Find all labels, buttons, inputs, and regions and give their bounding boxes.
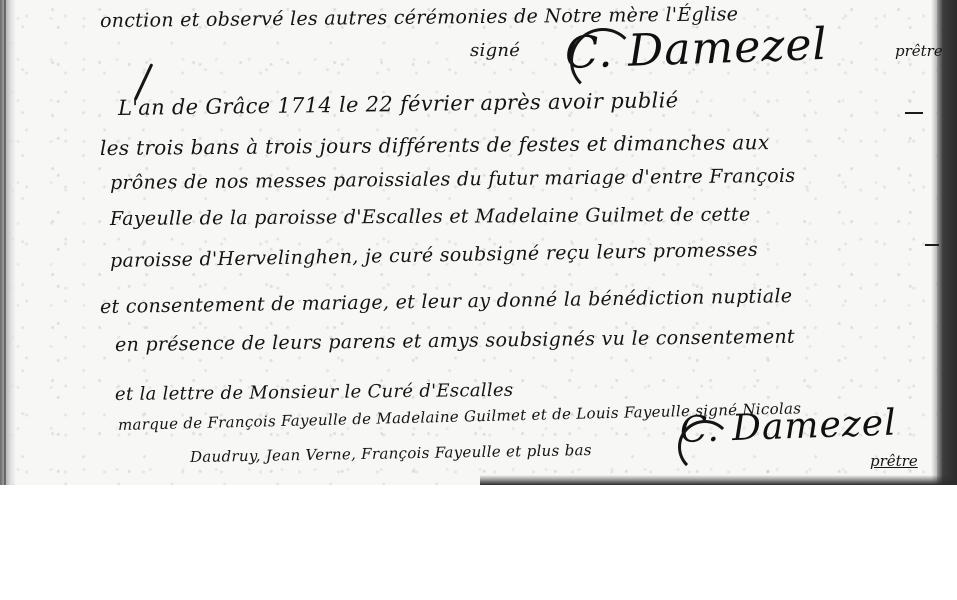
text-line-4: prônes de nos messes paroissiales du fut…: [110, 165, 796, 194]
signature-title-2: prêtre: [870, 452, 918, 470]
line-end-dash: [905, 112, 923, 114]
text-line-11: Daudruy, Jean Verne, François Fayeulle e…: [190, 441, 592, 466]
text-line-7: et consentement de mariage, et leur ay d…: [100, 285, 793, 318]
text-line-2: L'an de Grâce 1714 le 22 février après a…: [118, 88, 679, 120]
signed-label-1: signé: [470, 40, 520, 61]
page-binding-edge: [937, 0, 957, 485]
line-end-dash: [925, 244, 939, 246]
signature-flourish-1: [570, 28, 636, 94]
signature-title-1: prêtre: [895, 42, 943, 60]
signature-flourish-2: [678, 420, 732, 474]
page-left-edge: [0, 0, 16, 485]
text-line-8: en présence de leurs parens et amys soub…: [115, 326, 795, 356]
scanned-register-page: onction et observé les autres cérémonies…: [0, 0, 957, 485]
text-line-5: Fayeulle de la paroisse d'Escalles et Ma…: [110, 204, 751, 230]
text-line-9: et la lettre de Monsieur le Curé d'Escal…: [115, 380, 514, 405]
page-bottom-edge: [480, 475, 957, 485]
text-line-3: les trois bans à trois jours différents …: [100, 130, 770, 160]
text-line-6: paroisse d'Hervelinghen, je curé soubsig…: [110, 239, 758, 272]
